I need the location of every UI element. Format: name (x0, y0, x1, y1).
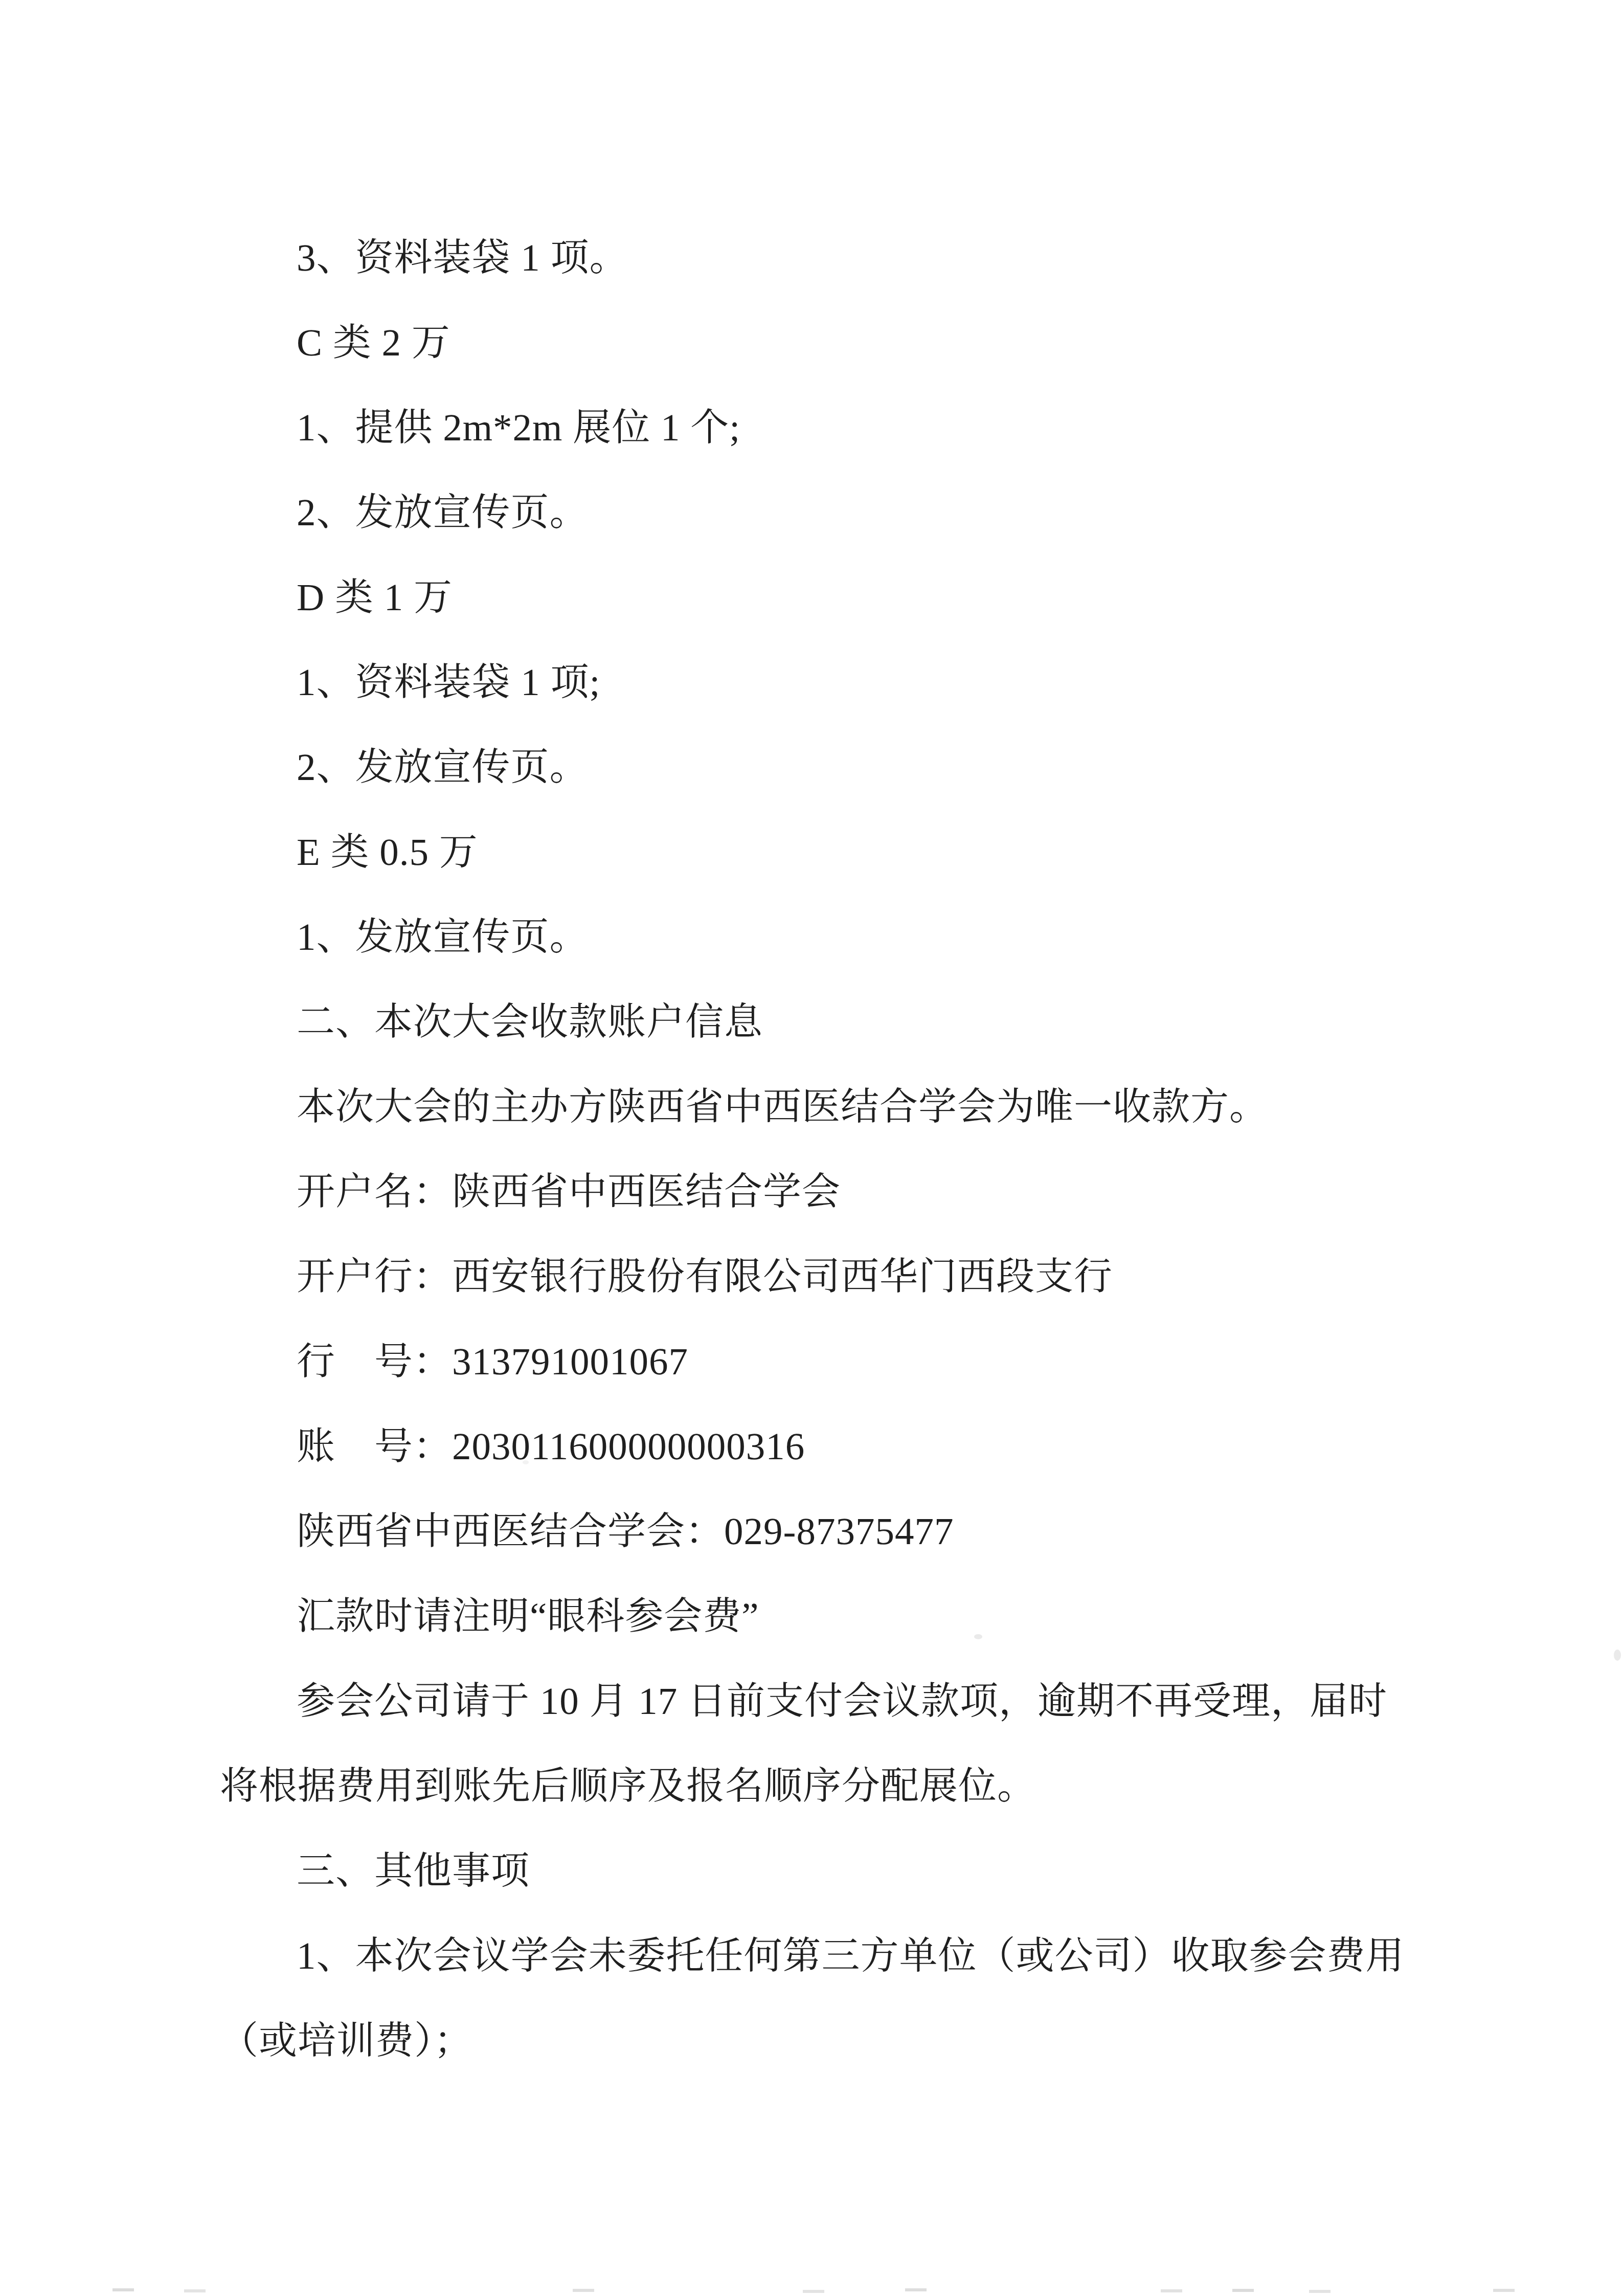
text-line: E 类 0.5 万 (220, 810, 1549, 895)
section-heading: 二、本次大会收款账户信息 (220, 980, 1549, 1065)
text-line: 1、发放宣传页。 (220, 895, 1549, 980)
document-page: 3、资料装袋 1 项。 C 类 2 万 1、提供 2m*2m 展位 1 个; 2… (0, 0, 1623, 2296)
text-line: 2、发放宣传页。 (220, 471, 1549, 555)
phone-line: 陕西省中西医结合学会：029-87375477 (220, 1489, 1549, 1574)
text-line: 1、提供 2m*2m 展位 1 个; (220, 386, 1549, 471)
scan-speck (1614, 1649, 1621, 1661)
remit-note-line: 汇款时请注明“眼科参会费” (220, 1574, 1549, 1659)
bank-branch-line: 开户行：西安银行股份有限公司西华门西段支行 (220, 1235, 1549, 1320)
text-line: D 类 1 万 (220, 555, 1549, 640)
text-line: C 类 2 万 (220, 301, 1549, 386)
section-heading: 三、其他事项 (220, 1829, 1549, 1914)
text-line: 3、资料装袋 1 项。 (220, 216, 1549, 301)
bank-number-line: 行 号：313791001067 (220, 1320, 1549, 1405)
scan-speck (974, 1634, 982, 1639)
scan-noise-artifact (31, 2287, 52, 2290)
account-name-line: 开户名：陕西省中西医结合学会 (220, 1150, 1549, 1235)
text-line: 参会公司请于 10 月 17 日前支付会议款项，逾期不再受理，届时 (220, 1659, 1549, 1744)
text-line: 将根据费用到账先后顺序及报名顺序分配展位。 (220, 1744, 1549, 1829)
text-line: （或培训费）； (220, 1999, 1549, 2084)
text-line: 2、发放宣传页。 (220, 725, 1549, 810)
scan-speck (523, 1460, 529, 1464)
text-line: 1、资料装袋 1 项; (220, 640, 1549, 725)
account-number-line: 账 号：203011600000000316 (220, 1405, 1549, 1489)
document-body: 3、资料装袋 1 项。 C 类 2 万 1、提供 2m*2m 展位 1 个; 2… (220, 216, 1549, 2084)
text-line: 本次大会的主办方陕西省中西医结合学会为唯一收款方。 (220, 1065, 1549, 1150)
text-line: 1、本次会议学会未委托任何第三方单位（或公司）收取参会费用 (220, 1914, 1549, 1999)
